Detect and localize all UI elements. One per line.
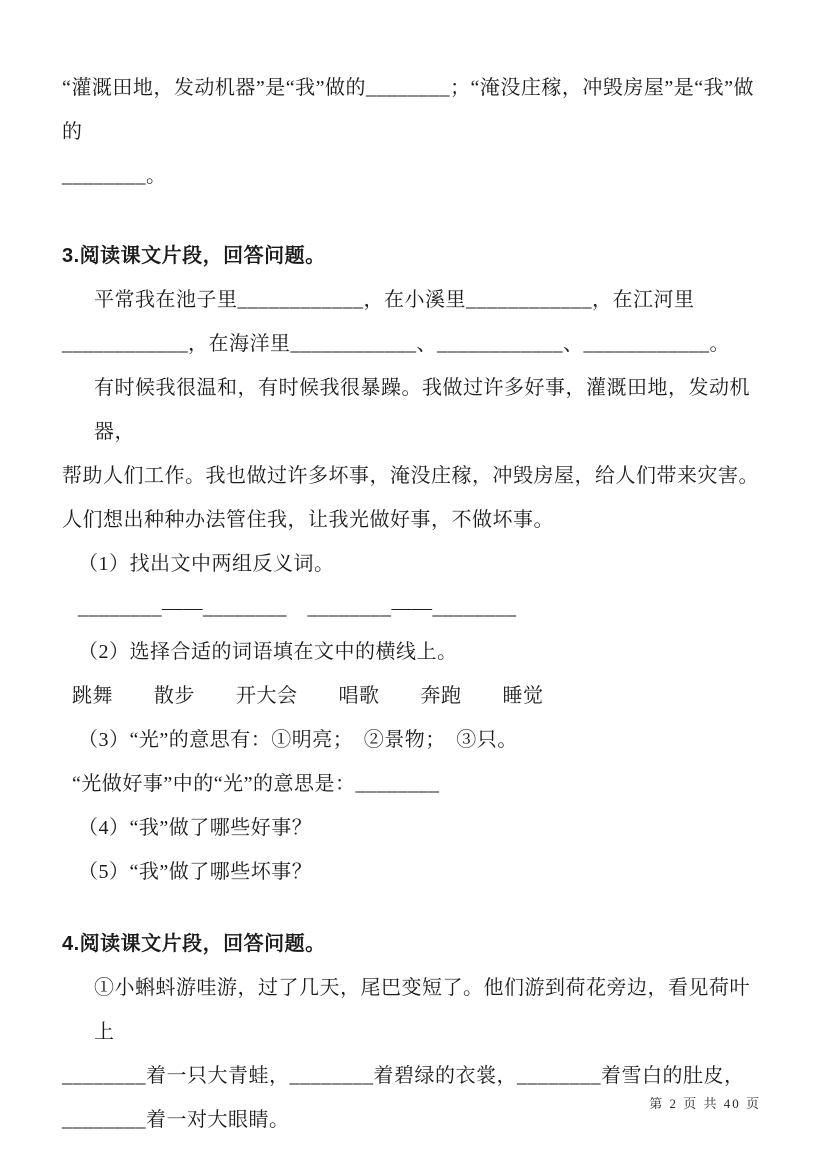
q3-passage-line-3: 有时候我很温和，有时候我很暴躁。我做过许多好事，灌溉田地，发动机器， — [62, 366, 767, 454]
q3-passage-line-5: 人们想出种种办法管住我，让我光做好事，不做坏事。 — [62, 498, 767, 542]
page-number: 第 2 页 共 40 页 — [649, 1094, 761, 1114]
q3-passage-line-4: 帮助人们工作。我也做过许多坏事，淹没庄稼，冲毁房屋，给人们带来灾害。 — [62, 454, 767, 498]
q3-sub-question-5: （5）“我”做了哪些坏事？ — [62, 850, 767, 894]
q4-passage-line-1: ①小蝌蚪游哇游，过了几天，尾巴变短了。他们游到荷花旁边，看见荷叶上 — [62, 966, 767, 1054]
q3-passage-line-2: ____________，在海洋里____________、__________… — [62, 322, 767, 366]
q4-heading: 4.阅读课文片段，回答问题。 — [62, 922, 767, 966]
q3-word-bank: 跳舞 散步 开大会 唱歌 奔跑 睡觉 — [62, 674, 767, 718]
q2-fill-blank-line-1: “灌溉田地，发动机器”是“我”做的________；“淹没庄稼，冲毁房屋”是“我… — [62, 66, 767, 154]
worksheet-page: “灌溉田地，发动机器”是“我”做的________；“淹没庄稼，冲毁房屋”是“我… — [0, 0, 827, 1169]
q3-heading: 3.阅读课文片段，回答问题。 — [62, 234, 767, 278]
worksheet-content: “灌溉田地，发动机器”是“我”做的________；“淹没庄稼，冲毁房屋”是“我… — [0, 0, 827, 1142]
q4-passage-line-2: ________着一只大青蛙，________着碧绿的衣裳，________着雪… — [62, 1054, 767, 1098]
q3-sub-question-1: （1）找出文中两组反义词。 — [62, 542, 767, 586]
q3-antonym-blanks: ________——________ ________——________ — [62, 586, 767, 630]
q3-passage-line-1: 平常我在池子里____________，在小溪里____________，在江河… — [62, 278, 767, 322]
q3-sub-question-3-answer-blank: “光做好事”中的“光”的意思是：________ — [62, 762, 767, 806]
q2-fill-blank-line-2: ________。 — [62, 154, 767, 198]
q3-sub-question-4: （4）“我”做了哪些好事？ — [62, 806, 767, 850]
q3-sub-question-3: （3）“光”的意思有：①明亮； ②景物； ③只。 — [62, 718, 767, 762]
q3-sub-question-2: （2）选择合适的词语填在文中的横线上。 — [62, 630, 767, 674]
